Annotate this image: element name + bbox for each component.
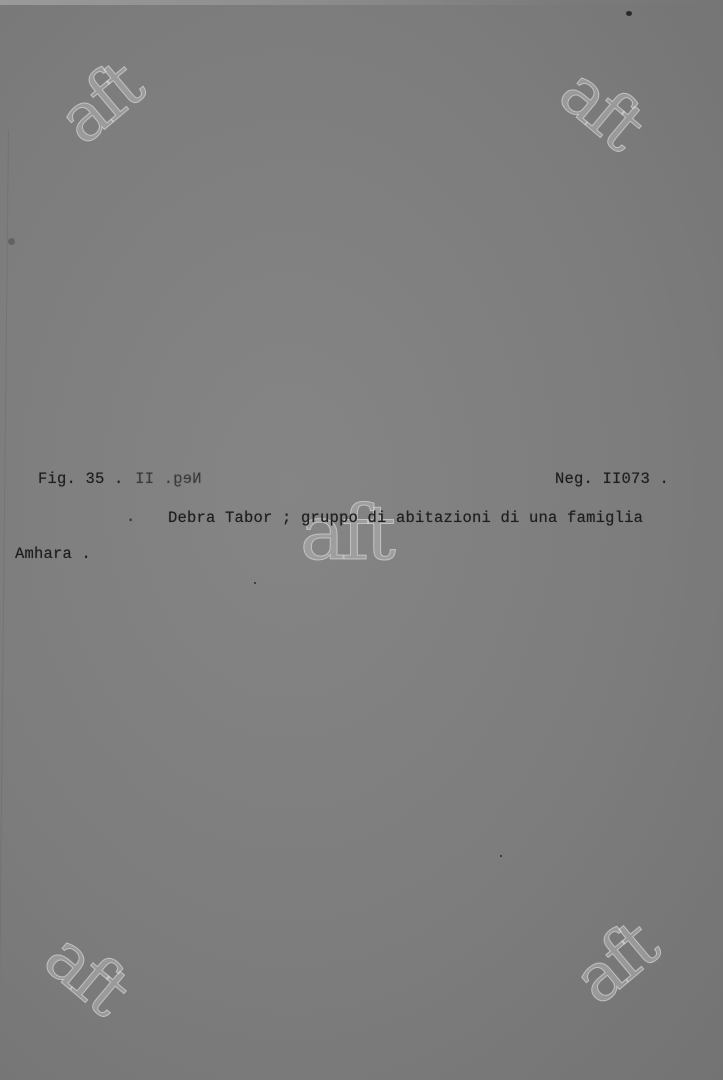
margin-line	[0, 130, 9, 1080]
caption-line-2: Amhara .	[15, 545, 91, 563]
ink-speck	[254, 582, 256, 584]
watermark-bottom-right: aft	[563, 912, 669, 1016]
negative-number: Neg. II073 .	[555, 470, 669, 488]
ink-speck	[500, 855, 502, 857]
stray-mark: .	[126, 508, 136, 526]
scanned-document-page: aft aft aft aft aft Neg. II Fig. 35 . Ne…	[0, 0, 723, 1080]
watermark-top-left: aft	[48, 52, 154, 156]
dust-speck	[8, 238, 15, 245]
page-top-edge	[0, 0, 723, 5]
show-through-text: Neg. II	[135, 470, 202, 488]
caption-line-1: Debra Tabor ; gruppo di abitazioni di un…	[168, 509, 643, 527]
ink-speck	[626, 11, 632, 16]
watermark-bottom-left: aft	[33, 922, 139, 1026]
watermark-top-right: aft	[548, 57, 654, 161]
figure-number: Fig. 35 .	[38, 470, 124, 488]
watermark-center: aft	[300, 495, 392, 571]
